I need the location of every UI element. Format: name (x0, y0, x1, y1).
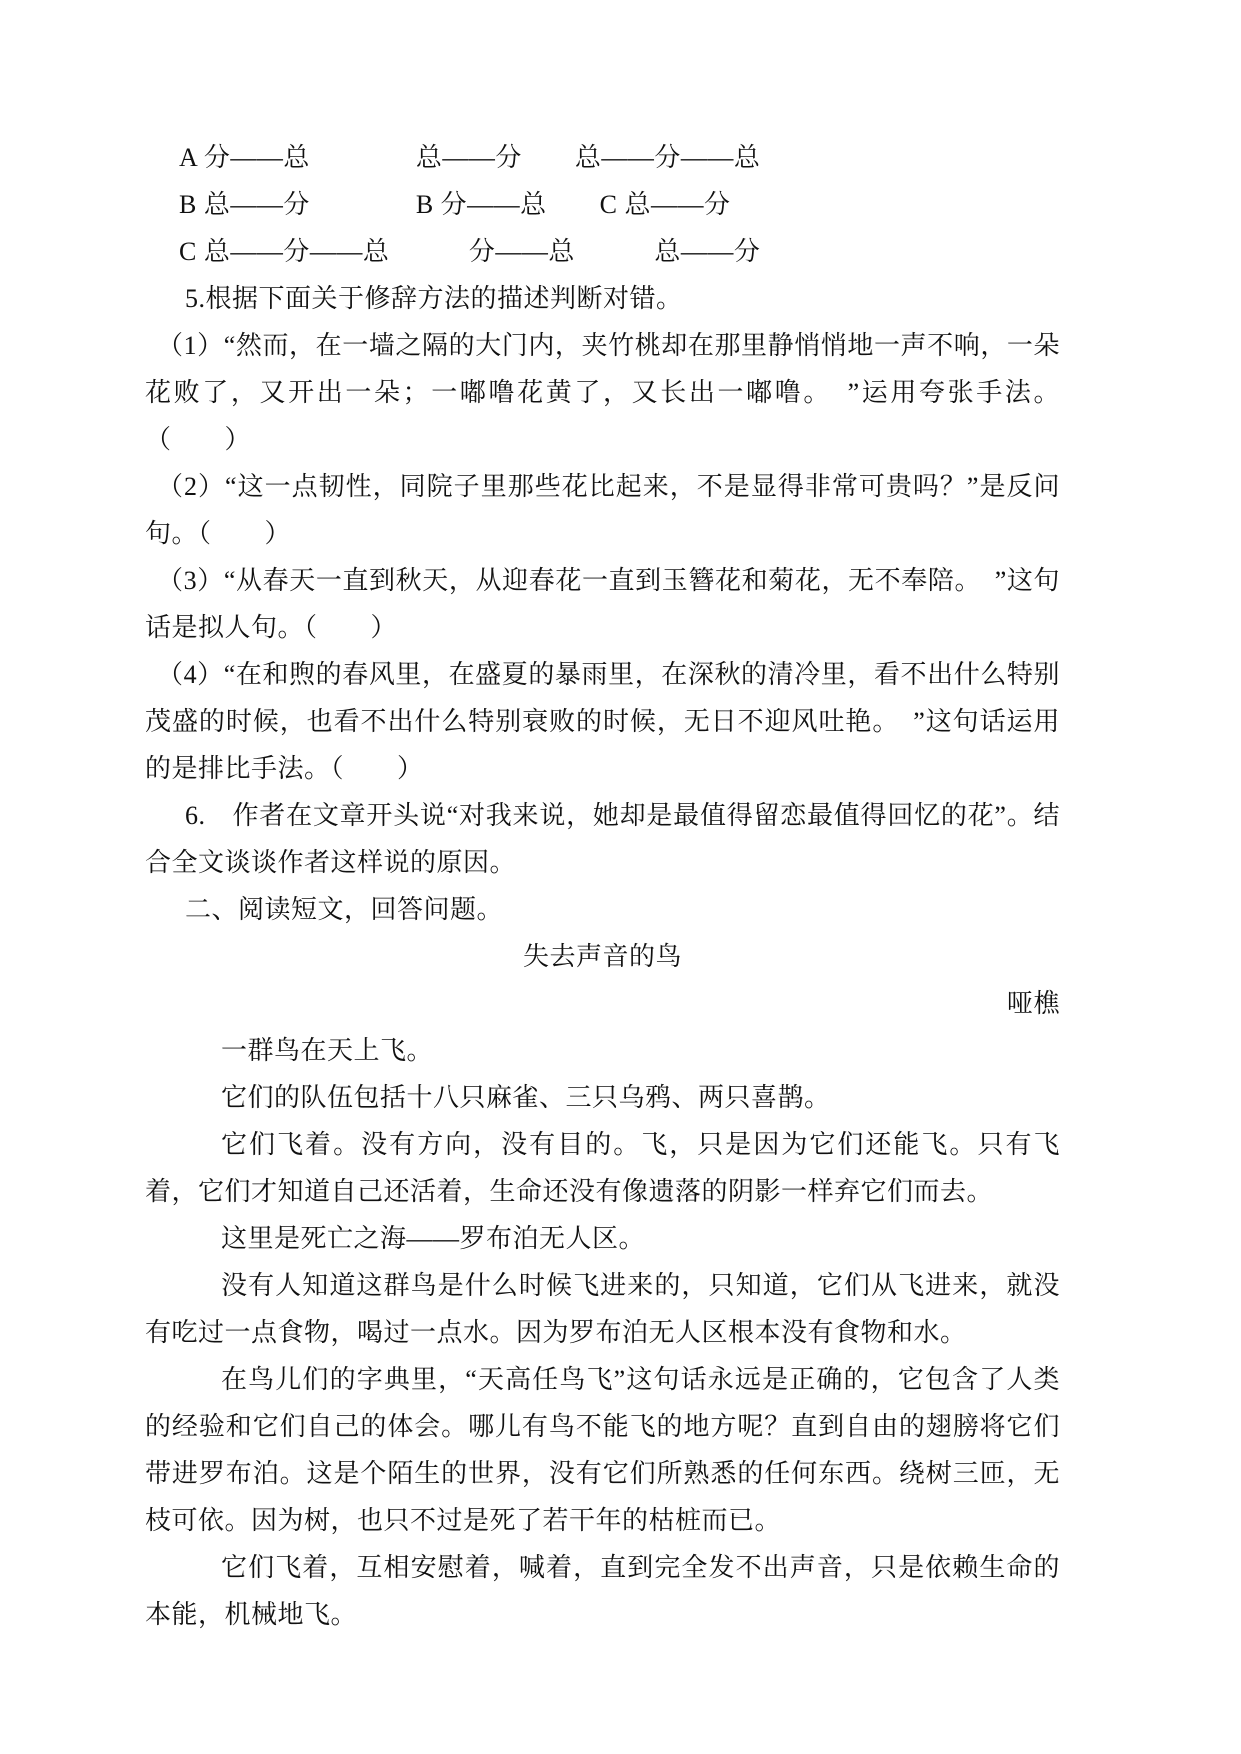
document-content: A 分——总 总——分 总——分——总 B 总——分 B 分——总 C 总——分… (145, 134, 1060, 1638)
option-row-c: C 总——分——总 分——总 总——分 (145, 228, 1060, 275)
question-5-stem: 5.根据下面关于修辞方法的描述判断对错。 (145, 275, 1060, 322)
question-5-item-4: （4）“在和煦的春风里，在盛夏的暴雨里，在深秋的清冷里，看不出什么特别茂盛的时候… (145, 651, 1060, 792)
passage-paragraph: 这里是死亡之海——罗布泊无人区。 (145, 1215, 1060, 1262)
question-5-item-1: （1）“然而，在一墙之隔的大门内，夹竹桃却在那里静悄悄地一声不响，一朵花败了，又… (145, 322, 1060, 463)
question-6-stem: 6. 作者在文章开头说“对我来说，她却是最值得留恋最值得回忆的花”。结合全文谈谈… (145, 792, 1060, 886)
section-2-heading: 二、阅读短文，回答问题。 (145, 886, 1060, 933)
option-row-b: B 总——分 B 分——总 C 总——分 (145, 181, 1060, 228)
passage-author: 哑樵 (145, 980, 1060, 1027)
question-5-item-3: （3）“从春天一直到秋天，从迎春花一直到玉簪花和菊花，无不奉陪。 ”这句话是拟人… (145, 557, 1060, 651)
passage-paragraph: 在鸟儿们的字典里，“天高任鸟飞”这句话永远是正确的，它包含了人类的经验和它们自己… (145, 1356, 1060, 1544)
passage-paragraph: 没有人知道这群鸟是什么时候飞进来的，只知道，它们从飞进来，就没有吃过一点食物，喝… (145, 1262, 1060, 1356)
option-row-a: A 分——总 总——分 总——分——总 (145, 134, 1060, 181)
question-5-item-2: （2）“这一点韧性，同院子里那些花比起来，不是显得非常可贵吗？”是反问句。（ ） (145, 463, 1060, 557)
passage-paragraph: 它们飞着。没有方向，没有目的。飞，只是因为它们还能飞。只有飞着，它们才知道自己还… (145, 1121, 1060, 1215)
passage-title: 失去声音的鸟 (145, 933, 1060, 980)
document-page: A 分——总 总——分 总——分——总 B 总——分 B 分——总 C 总——分… (0, 0, 1241, 1754)
passage-paragraph: 一群鸟在天上飞。 (145, 1027, 1060, 1074)
passage-paragraph: 它们的队伍包括十八只麻雀、三只乌鸦、两只喜鹊。 (145, 1074, 1060, 1121)
passage-paragraph: 它们飞着，互相安慰着，喊着，直到完全发不出声音，只是依赖生命的本能，机械地飞。 (145, 1544, 1060, 1638)
